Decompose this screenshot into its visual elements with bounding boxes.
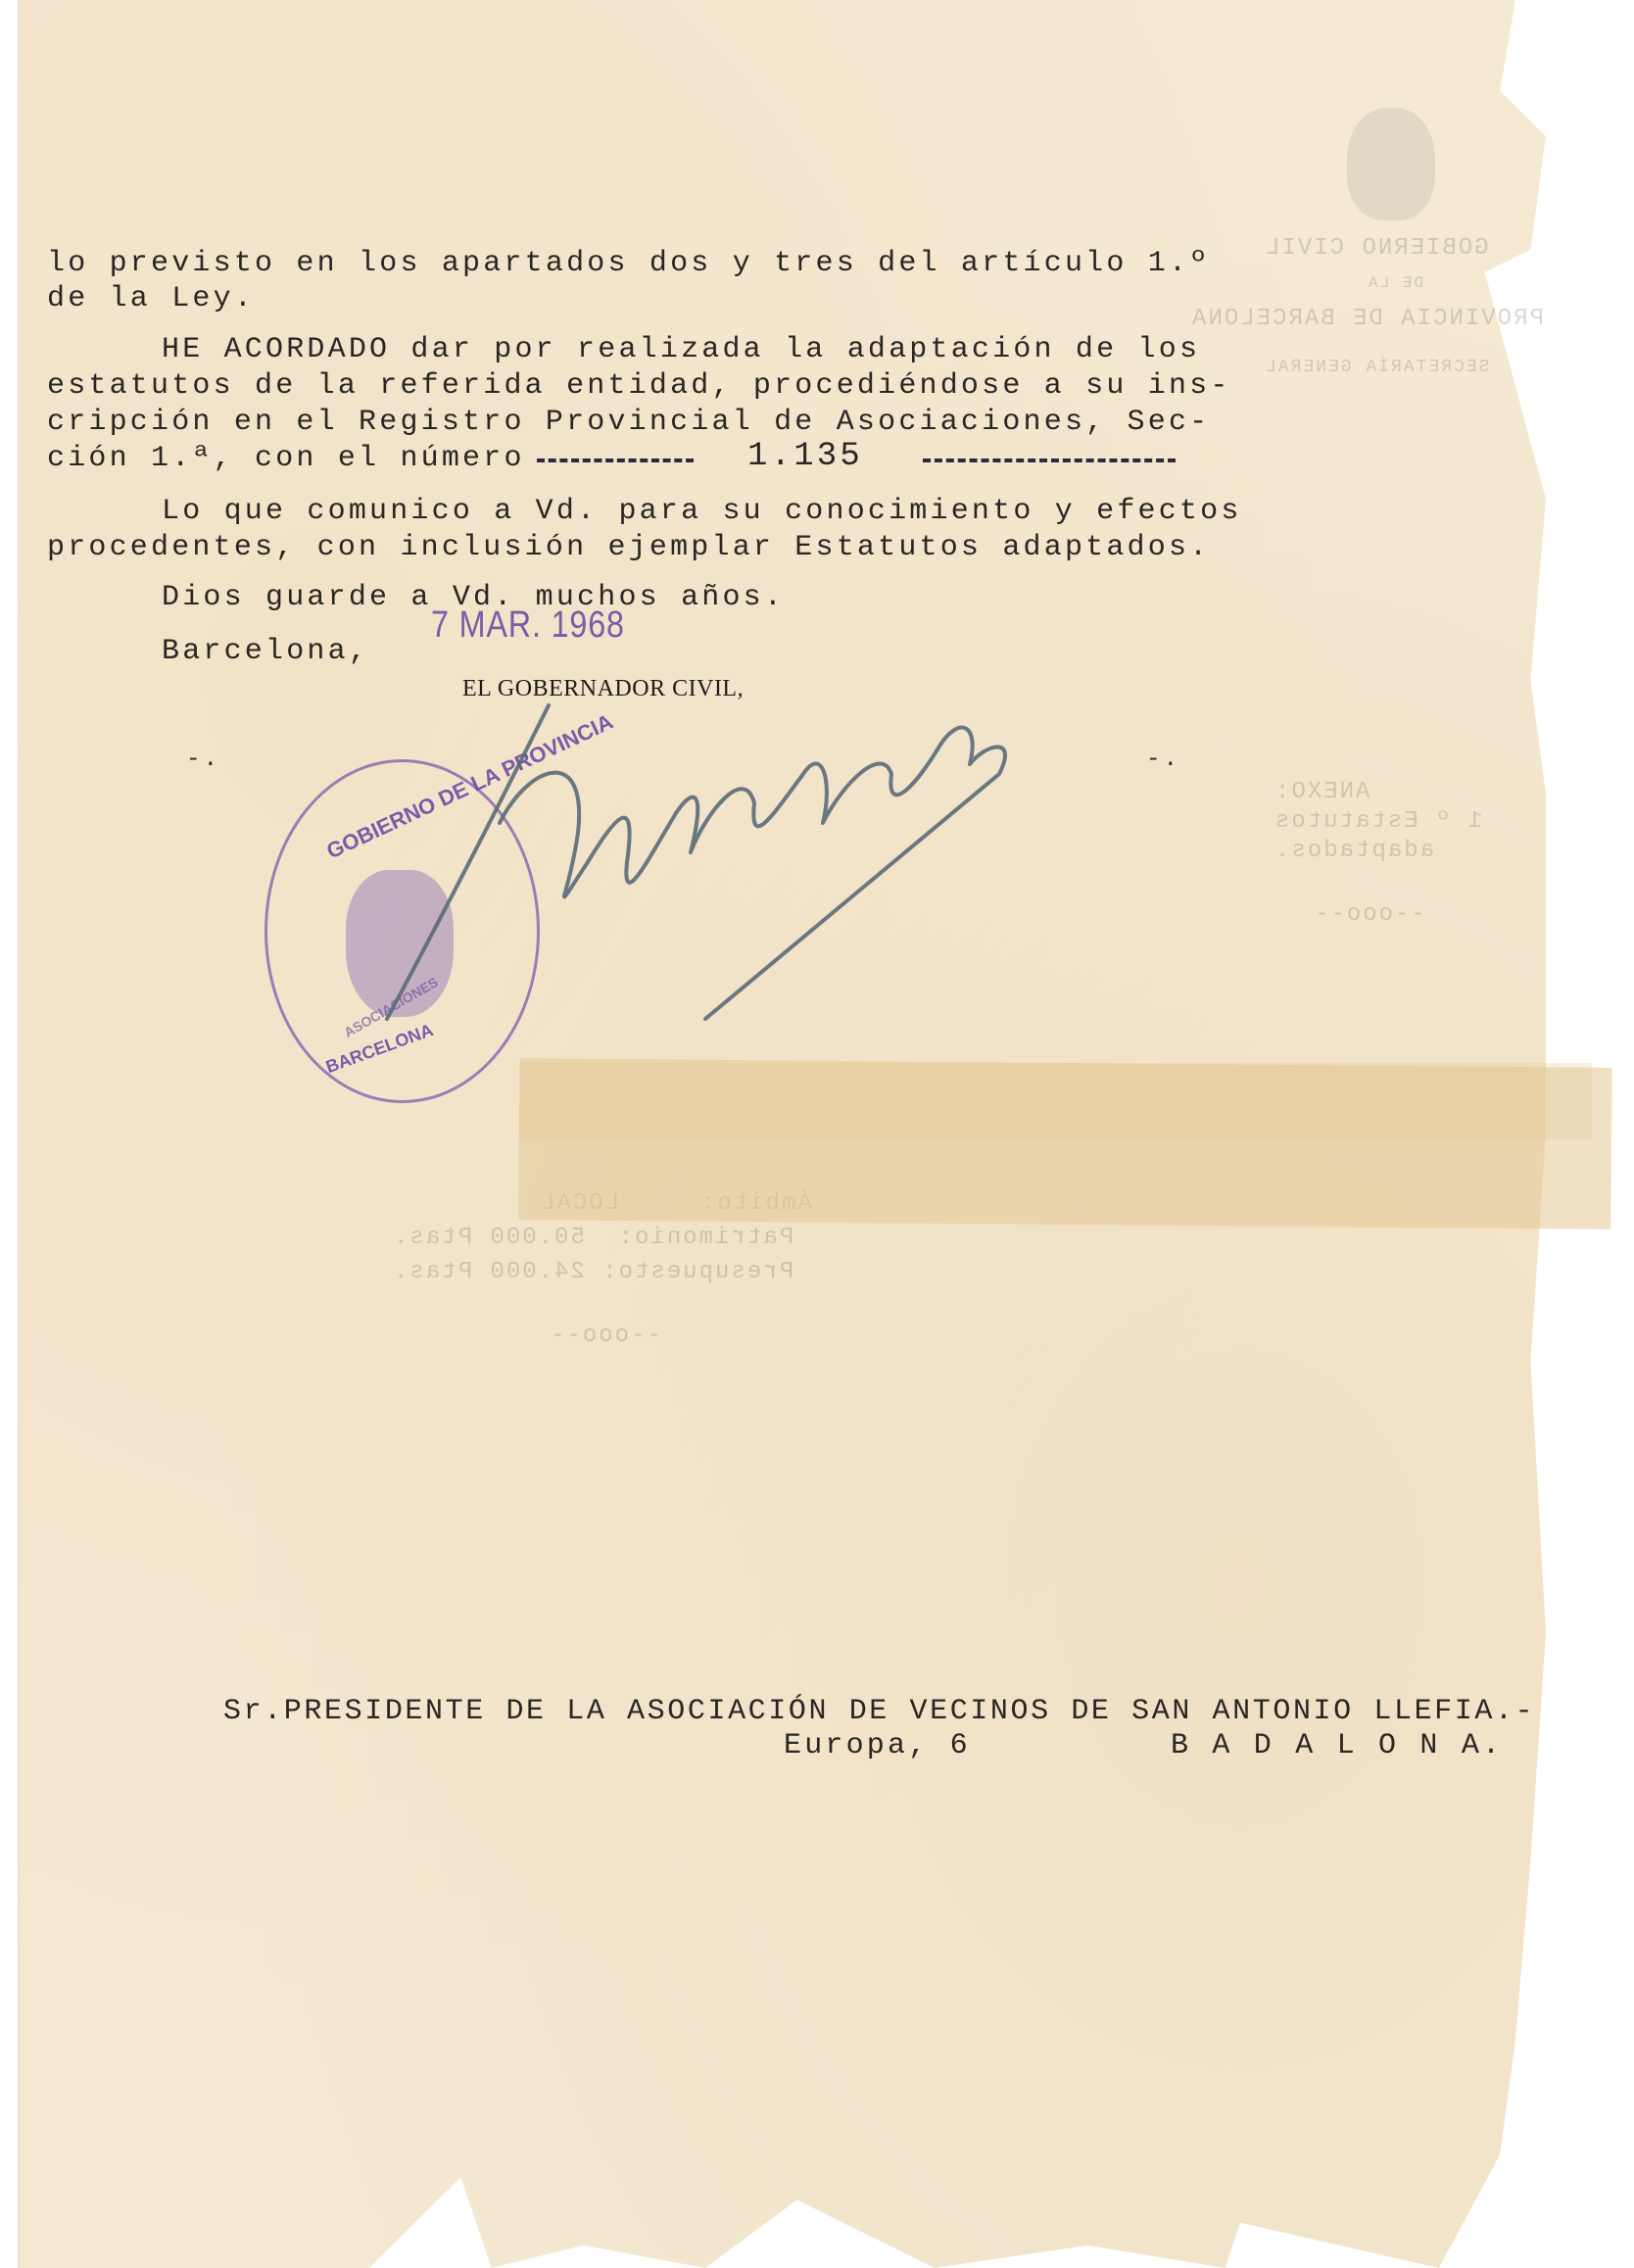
addressee-city: B A D A L O N A. [1171,1729,1503,1762]
addressee-street: Europa, 6 [784,1729,971,1762]
addressee-line: Sr.PRESIDENTE DE LA ASOCIACIÓN DE VECINO… [223,1695,1535,1728]
signature-icon [0,0,1634,2268]
